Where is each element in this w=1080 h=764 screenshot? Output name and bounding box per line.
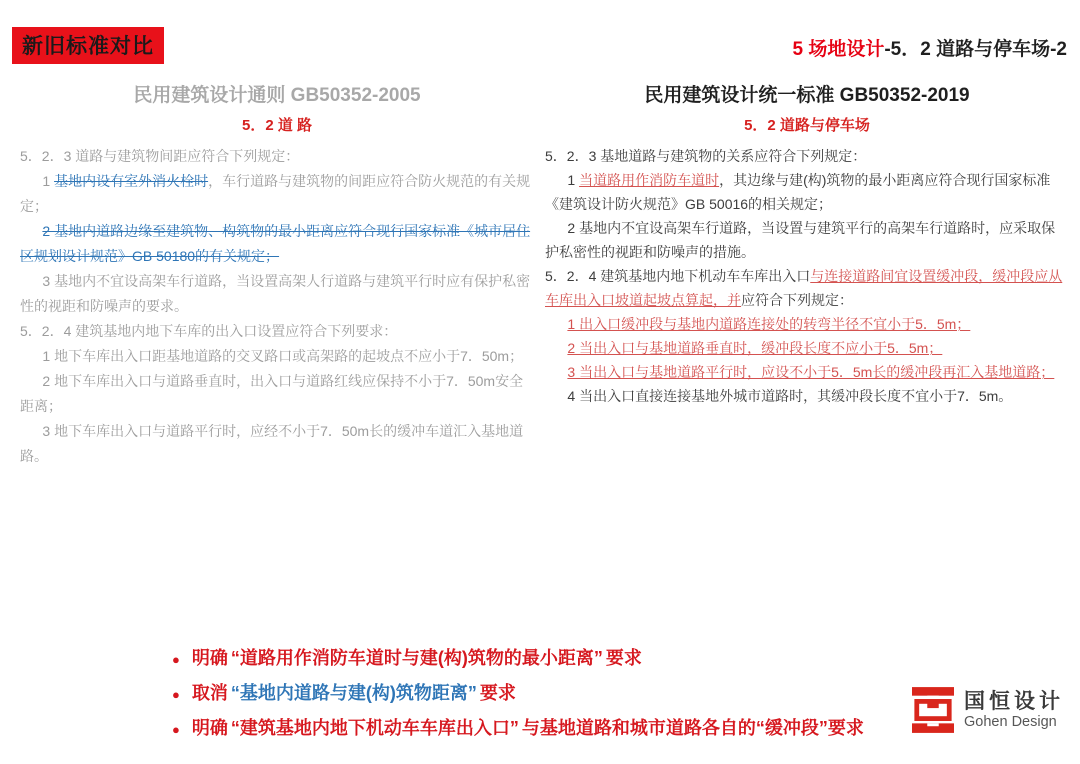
- logo-name-cn: 国恒设计: [964, 689, 1064, 714]
- bullet-1-action: 明确: [192, 644, 228, 670]
- summary-bullet-list: ● 明确 “道路用作消防车道时与建(构)筑物的最小距离” 要求 ● 取消 “基地…: [172, 644, 864, 749]
- bullet-dot-icon: ●: [172, 687, 180, 702]
- new-standard-body: 5．2．3 基地道路与建筑物的关系应符合下列规定： 1 当道路用作消防车道时，其…: [545, 144, 1069, 408]
- old-clause-524-item3: 3 地下车库出入口与道路平行时，应经不小于7．50m长的缓冲车道汇入基地道路。: [20, 419, 534, 469]
- old-clause-523-item1: 1 基地内设有室外消火栓时，车行道路与建筑物的间距应符合防火规范的有关规定；: [20, 169, 534, 219]
- new-clause-524-item2: 2 当出入口与基地道路垂直时，缓冲段长度不应小于5．5m；: [545, 336, 1069, 360]
- old-clause-523-item2: 2 基地内道路边缘至建筑物、构筑物的最小距离应符合现行国家标准《城市居住区规划设…: [20, 219, 534, 269]
- new-clause-523-item1: 1 当道路用作消防车道时，其边缘与建(构)筑物的最小距离应符合现行国家标准《建筑…: [545, 168, 1069, 216]
- bullet-3-quote: “建筑基地内地下机动车车库出入口”: [231, 714, 519, 740]
- new-item1-added-text: 当道路用作消防车道时: [579, 172, 719, 188]
- logo-text-block: 国恒设计 Gohen Design: [964, 689, 1064, 731]
- new-standard-title: 民用建筑设计统一标准 GB50352-2019: [545, 80, 1069, 107]
- summary-bullet-1: ● 明确 “道路用作消防车道时与建(构)筑物的最小距离” 要求: [172, 644, 864, 670]
- summary-bullet-3: ● 明确 “建筑基地内地下机动车车库出入口” 与基地道路和城市道路各自的“缓冲段…: [172, 714, 864, 740]
- new-clause-523-intro: 5．2．3 基地道路与建筑物的关系应符合下列规定：: [545, 144, 1069, 168]
- new-524-intro-black1: 5．2．4 建筑基地内地下机动车车库出入口: [545, 268, 810, 284]
- new-clause-524-item1: 1 出入口缓冲段与基地内道路连接处的转弯半径不宜小于5．5m；: [545, 312, 1069, 336]
- bullet-2-action: 取消: [192, 679, 228, 705]
- bullet-1-suffix: 要求: [606, 644, 642, 670]
- old-standard-body: 5．2．3 道路与建筑物间距应符合下列规定： 1 基地内设有室外消火栓时，车行道…: [20, 144, 534, 469]
- bullet-dot-icon: ●: [172, 722, 180, 737]
- new-524-item2-added-text: 2 当出入口与基地道路垂直时，缓冲段长度不应小于5．5m；: [567, 340, 942, 356]
- bullet-3-action: 明确: [192, 714, 228, 740]
- slide-section-title: 5 场地设计-5．2 道路与停车场-2: [793, 34, 1068, 61]
- comparison-badge: 新旧标准对比: [12, 27, 164, 64]
- new-standard-subtitle: 5．2 道路与停车场: [545, 114, 1069, 135]
- old-item2-removed-text: 2 基地内道路边缘至建筑物、构筑物的最小距离应符合现行国家标准《城市居住区规划设…: [20, 223, 530, 264]
- old-clause-523-intro: 5．2．3 道路与建筑物间距应符合下列规定：: [20, 144, 534, 169]
- new-524-intro-black2: 应符合下列规定：: [741, 292, 853, 308]
- new-clause-524-item4: 4 当出入口直接连接基地外城市道路时，其缓冲段长度不宜小于7．5m。: [545, 384, 1069, 408]
- bullet-2-quote: “基地内道路与建(构)筑物距离”: [231, 679, 477, 705]
- gohen-design-logo-icon: [912, 686, 954, 734]
- new-524-item3-added-text: 3 当出入口与基地道路平行时，应设不小于5．5m长的缓冲段再汇入基地道路；: [567, 364, 1054, 380]
- old-clause-524-item1: 1 地下车库出入口距基地道路的交叉路口或高架路的起坡点不应小于7．50m；: [20, 344, 534, 369]
- slide: 新旧标准对比 5 场地设计-5．2 道路与停车场-2 民用建筑设计通则 GB50…: [0, 0, 1080, 764]
- old-standard-column: 民用建筑设计通则 GB50352-2005 5．2 道 路 5．2．3 道路与建…: [20, 80, 534, 469]
- new-524-item1-added-text: 1 出入口缓冲段与基地内道路连接处的转弯半径不宜小于5．5m；: [567, 316, 970, 332]
- new-clause-524-item3: 3 当出入口与基地道路平行时，应设不小于5．5m长的缓冲段再汇入基地道路；: [545, 360, 1069, 384]
- summary-bullet-2: ● 取消 “基地内道路与建(构)筑物距离” 要求: [172, 679, 864, 705]
- new-standard-column: 民用建筑设计统一标准 GB50352-2019 5．2 道路与停车场 5．2．3…: [545, 80, 1069, 408]
- old-standard-title: 民用建筑设计通则 GB50352-2005: [20, 80, 534, 107]
- section-title-black: -5．2 道路与停车场-2: [884, 39, 1067, 60]
- bullet-3-suffix: 与基地道路和城市道路各自的“缓冲段”要求: [522, 714, 864, 740]
- old-standard-subtitle: 5．2 道 路: [20, 114, 534, 135]
- new-item1-number: 1: [567, 172, 579, 188]
- company-logo: 国恒设计 Gohen Design: [912, 686, 1064, 734]
- bullet-dot-icon: ●: [172, 652, 180, 667]
- new-clause-523-item2: 2 基地内不宜设高架车行道路，当设置与建筑平行的高架车行道路时，应采取保护私密性…: [545, 216, 1069, 264]
- section-title-red: 5 场地设计: [793, 39, 885, 60]
- old-clause-524-intro: 5．2．4 建筑基地内地下车库的出入口设置应符合下列要求：: [20, 319, 534, 344]
- logo-name-en: Gohen Design: [964, 714, 1064, 731]
- old-item1-number: 1: [42, 173, 54, 189]
- old-clause-524-item2: 2 地下车库出入口与道路垂直时，出入口与道路红线应保持不小于7．50m安全距离；: [20, 369, 534, 419]
- bullet-1-quote: “道路用作消防车道时与建(构)筑物的最小距离”: [231, 644, 603, 670]
- bullet-2-suffix: 要求: [480, 679, 516, 705]
- new-clause-524-intro: 5．2．4 建筑基地内地下机动车车库出入口与连接道路间宜设置缓冲段，缓冲段应从车…: [545, 264, 1069, 312]
- old-item1-removed-text: 基地内设有室外消火栓时: [54, 173, 208, 189]
- old-clause-523-item3: 3 基地内不宜设高架车行道路，当设置高架人行道路与建筑平行时应有保护私密性的视距…: [20, 269, 534, 319]
